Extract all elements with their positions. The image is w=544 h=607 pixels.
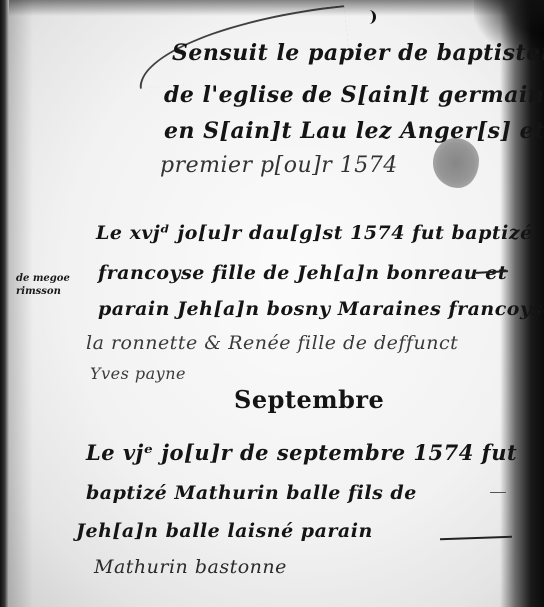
margin-annotation: de megoe rimsson bbox=[16, 272, 70, 298]
entry-1-line-1: Le xvjᵈ jo[u]r dau[g]st 1574 fut baptize… bbox=[96, 222, 533, 244]
entry-2-line-1: Le vjᵉ jo[u]r de septembre 1574 fut bbox=[86, 440, 517, 465]
month-heading: Septembre bbox=[234, 385, 384, 414]
header-line-4: premier p[ou]r 1574 bbox=[160, 153, 398, 178]
binding-left-shadow bbox=[9, 0, 33, 607]
entry-2-line-3: Jeh[a]n balle laisné parain bbox=[76, 520, 373, 542]
stain-mark bbox=[433, 138, 479, 188]
line-filler-stroke bbox=[490, 492, 506, 493]
entry-1-line-2: francoyse fille de Jeh[a]n bonreau et bbox=[98, 262, 507, 284]
margin-annotation-line-2: rimsson bbox=[16, 285, 70, 298]
header-line-2: de l'eglise de S[ain]t germain bbox=[164, 82, 544, 108]
manuscript-page: Sensuit le papier de baptistere de l'egl… bbox=[0, 0, 544, 607]
page-top-shadow bbox=[0, 0, 544, 16]
entry-2-line-2: baptizé Mathurin balle fils de bbox=[86, 482, 417, 504]
binding-left-edge bbox=[0, 0, 9, 607]
entry-2-line-4: Mathurin bastonne bbox=[94, 556, 287, 578]
header-line-1: Sensuit le papier de baptistere bbox=[172, 40, 544, 66]
entry-1-line-3: parain Jeh[a]n bosny Maraines francoyse bbox=[98, 298, 544, 320]
ink-tick-mark bbox=[367, 10, 376, 24]
header-line-3: en S[ain]t Lau lez Anger[s] et bbox=[164, 118, 544, 144]
entry-1-line-5: Yves payne bbox=[90, 364, 186, 383]
entry-1-line-4: la ronnette & Renée fille de deffunct bbox=[86, 332, 458, 354]
margin-annotation-line-1: de megoe bbox=[16, 272, 70, 285]
